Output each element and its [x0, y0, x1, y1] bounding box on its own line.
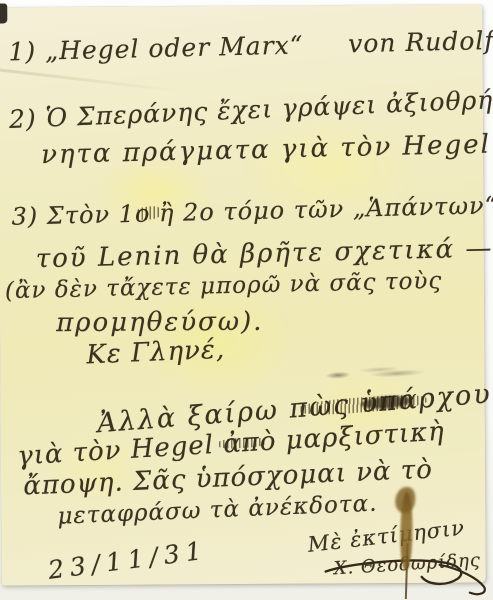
handwriting-line-4: 3) Στὸν 1ο ἢ 2ο τόμο τῶν „Ἁπάντων“, — [11, 192, 493, 230]
handwriting-line-2: 2) Ὁ Σπεράνης ἔχει γράψει ἀξιοθρή- — [9, 86, 493, 134]
salutation-line: Κε Γληνέ, — [86, 336, 226, 370]
pencil-smudge — [314, 362, 433, 385]
handwriting-line-3: νητα πράγματα γιὰ τὸν Hegel — [41, 131, 491, 170]
paper-crease — [0, 68, 184, 93]
date-line: 23/11/31 — [47, 537, 209, 585]
handwriting-line-6: (ἂν δὲν τἄχετε μπορῶ νὰ σᾶς τοὺς — [5, 269, 443, 305]
handwriting-line-7: προμηθεύσω). — [56, 308, 263, 338]
paper-corner-mark — [0, 3, 7, 23]
handwriting-line-1: 1) „Hegel oder Marx“ von Rudolf Haus — [8, 25, 493, 66]
letter-paper: 1) „Hegel oder Marx“ von Rudolf Haus 2) … — [0, 5, 486, 586]
